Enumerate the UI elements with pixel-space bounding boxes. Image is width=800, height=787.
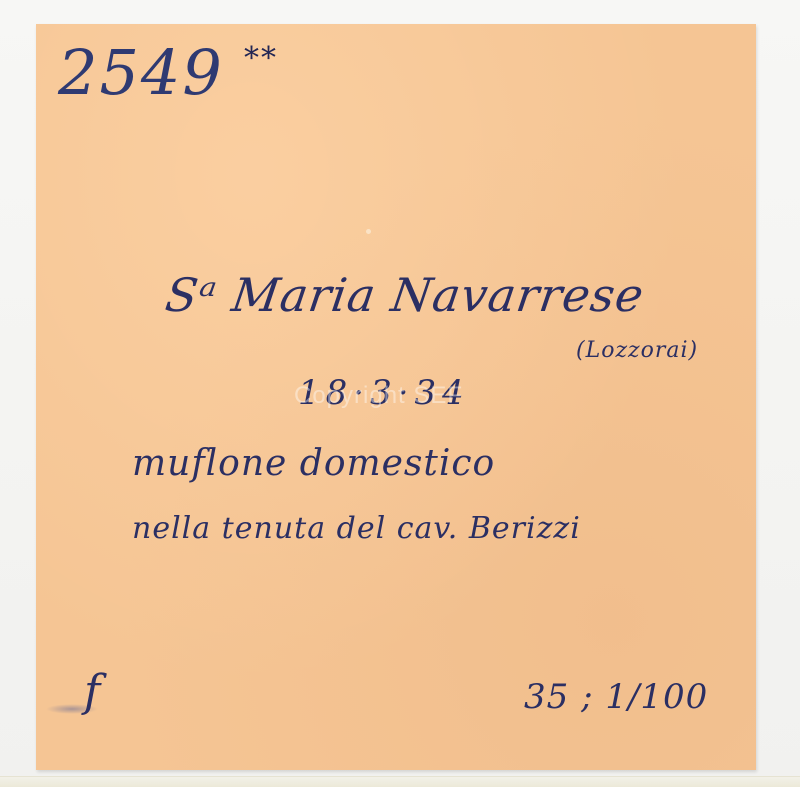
mount-board-edge [0, 776, 800, 787]
paper-speck [366, 229, 371, 234]
reference-code: 35 ; 1/100 [524, 680, 708, 714]
catalog-star-marks: ** [244, 44, 278, 74]
collection-date: 18·3·34 [298, 376, 470, 410]
locality-text: Sᵃ Maria Navarrese [163, 272, 647, 318]
specimen-label-card: 2549 ** Sᵃ Maria Navarrese (Lozzorai) 18… [36, 24, 756, 770]
scan-background: 2549 ** Sᵃ Maria Navarrese (Lozzorai) 18… [0, 0, 800, 787]
locality-note: (Lozzorai) [576, 340, 698, 362]
corner-mark: f [84, 670, 100, 714]
description-line-1: muflone domestico [132, 446, 495, 482]
catalog-number: 2549 [58, 42, 224, 104]
description-line-2: nella tenuta del cav. Berizzi [132, 514, 581, 544]
